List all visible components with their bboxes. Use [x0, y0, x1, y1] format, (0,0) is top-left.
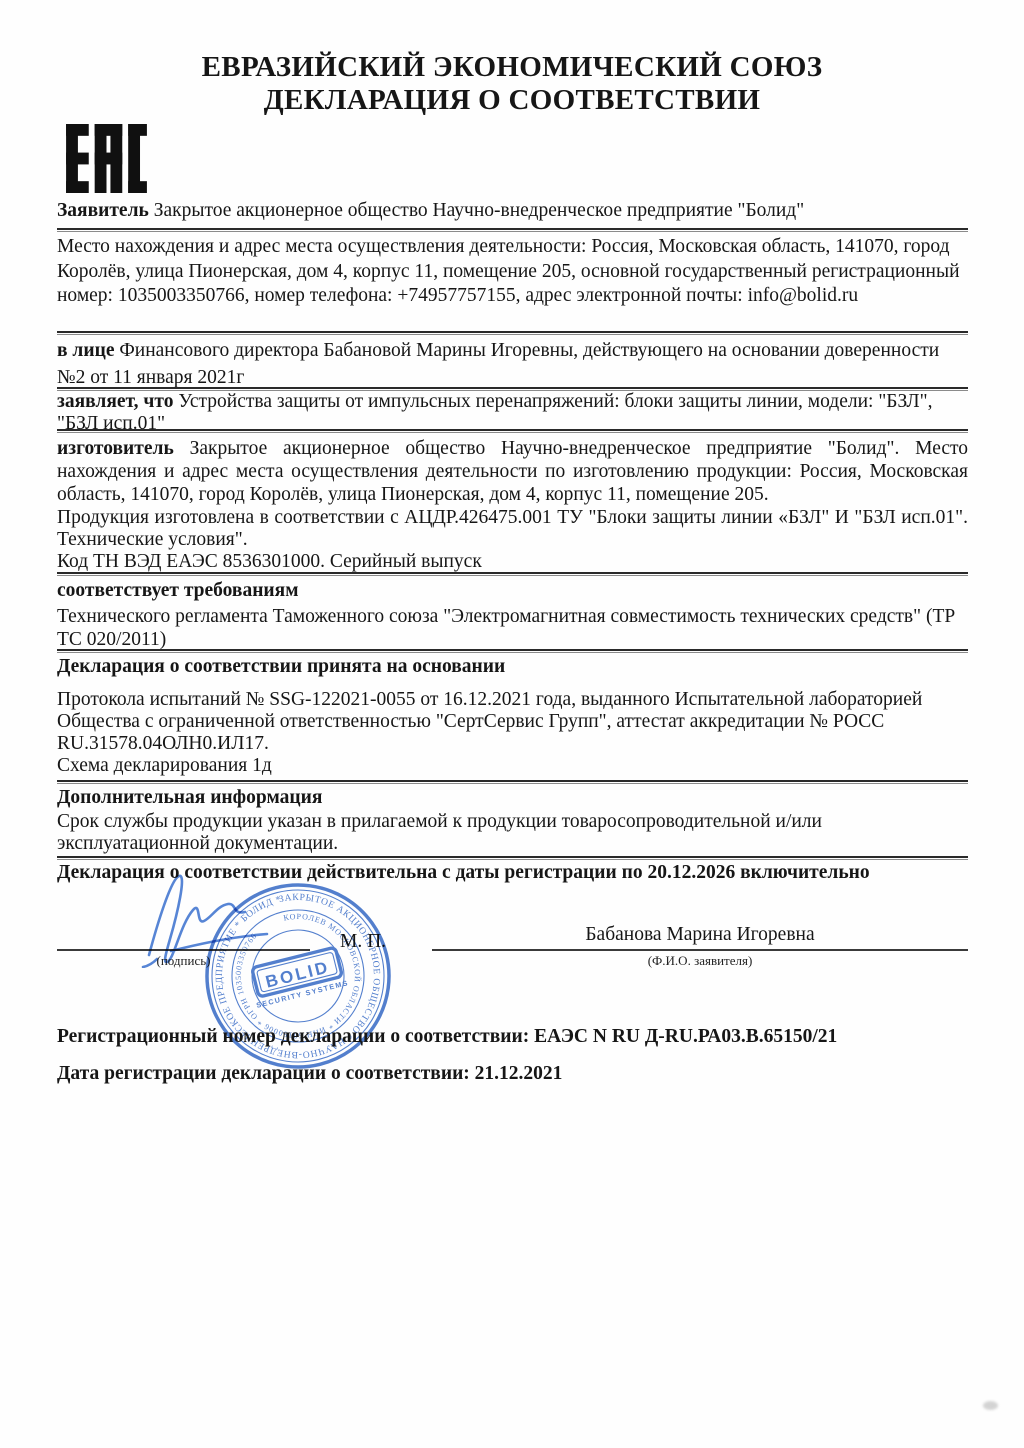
signer-name-line [432, 949, 968, 951]
basis-paragraph: Протокола испытаний № SSG-122021-0055 от… [57, 689, 968, 755]
document-title-line1: ЕВРАЗИЙСКИЙ ЭКОНОМИЧЕСКИЙ СОЮЗ [0, 51, 1024, 84]
declaration-scheme-line: Схема декларирования 1д [57, 755, 968, 777]
additional-info-heading: Дополнительная информация [57, 787, 968, 809]
person-text: Финансового директора Бабановой Марины И… [57, 340, 939, 388]
applicant-label: Заявитель [57, 200, 149, 221]
additional-info-paragraph: Срок службы продукции указан в прилагаем… [57, 811, 968, 855]
declaration-document-page: ЕВРАЗИЙСКИЙ ЭКОНОМИЧЕСКИЙ СОЮЗ ДЕКЛАРАЦИ… [0, 0, 1024, 1448]
applicant-text: Закрытое акционерное общество Научно-вне… [154, 200, 804, 221]
compliance-paragraph: Технического регламента Таможенного союз… [57, 605, 968, 651]
registration-date-line: Дата регистрации декларации о соответств… [57, 1063, 968, 1085]
section-divider [57, 856, 968, 860]
signer-name: Бабанова Марина Игоревна [432, 924, 968, 946]
registration-number-line: Регистрационный номер декларации о соотв… [57, 1026, 968, 1048]
manufacturer-text: Закрытое акционерное общество Научно-вне… [57, 438, 968, 505]
document-title-line2: ДЕКЛАРАЦИЯ О СООТВЕТСТВИИ [0, 84, 1024, 117]
manufacturer-paragraph: изготовитель Закрытое акционерное общест… [57, 437, 968, 506]
authorized-person-paragraph: в лице Финансового директора Бабановой М… [57, 337, 968, 391]
declares-label: заявляет, что [57, 391, 174, 412]
section-divider [57, 572, 968, 576]
tnved-code-line: Код ТН ВЭД ЕАЭС 8536301000. Серийный вып… [57, 551, 968, 573]
section-divider [57, 429, 968, 433]
eac-letters [66, 124, 147, 193]
person-label: в лице [57, 340, 114, 361]
compliance-heading: соответствует требованиям [57, 580, 968, 602]
applicant-line: Заявитель Закрытое акционерное общество … [57, 200, 968, 222]
section-divider [57, 331, 968, 335]
section-divider [57, 649, 968, 653]
basis-heading: Декларация о соответствии принята на осн… [57, 656, 968, 678]
scan-artifact [983, 1401, 998, 1410]
declares-text: Устройства защиты от импульсных перенапр… [57, 391, 932, 434]
applicant-address-paragraph: Место нахождения и адрес места осуществл… [57, 235, 968, 309]
section-divider [57, 780, 968, 784]
signer-name-caption: (Ф.И.О. заявителя) [432, 953, 968, 969]
section-divider [57, 228, 968, 232]
product-spec-paragraph: Продукция изготовлена в соответствии с А… [57, 507, 968, 551]
eac-conformity-mark-icon [66, 124, 147, 193]
manufacturer-label: изготовитель [57, 438, 174, 459]
